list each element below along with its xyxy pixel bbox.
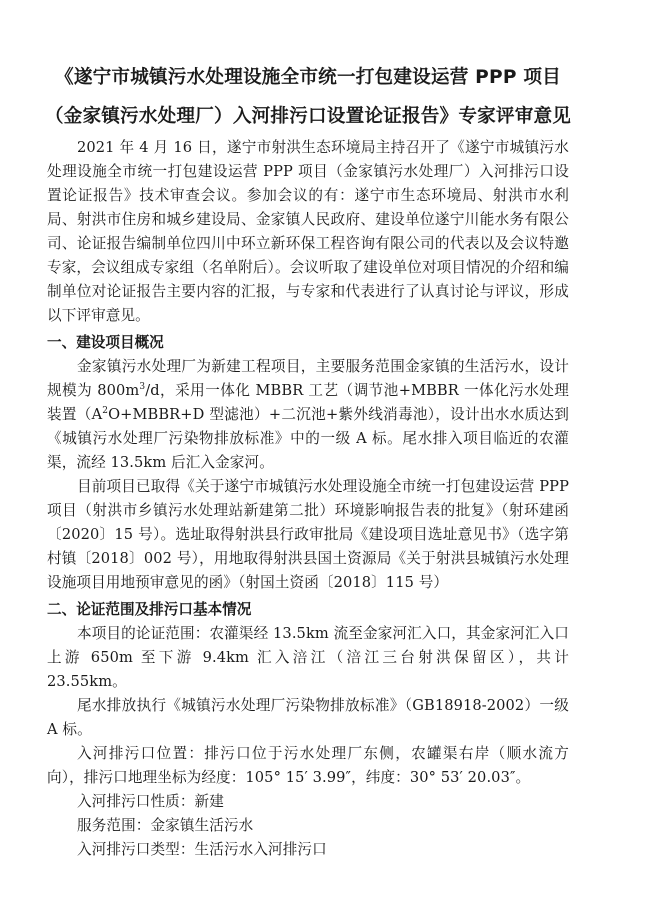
section-2-paragraph-1: 本项目的论证范围：农灌渠经 13.5km 流至金家河汇入口，其金家河汇入口上游 … xyxy=(47,622,569,694)
section-2-paragraph-4: 入河排污口性质：新建 xyxy=(47,790,569,814)
document-title: 《遂宁市城镇污水处理设施全市统一打包建设运营 PPP 项目（金家镇污水处理厂）入… xyxy=(37,58,579,136)
document-page: 《遂宁市城镇污水处理设施全市统一打包建设运营 PPP 项目（金家镇污水处理厂）入… xyxy=(47,58,569,862)
section-2-paragraph-5: 服务范围：金家镇生活污水 xyxy=(47,814,569,838)
section-2-paragraph-3: 入河排污口位置：排污口位于污水处理厂东侧，农罐渠右岸（顺水流方向），排污口地理坐… xyxy=(47,742,569,790)
section-heading-2: 二、论证范围及排污口基本情况 xyxy=(47,598,569,622)
section-2-paragraph-2: 尾水排放执行《城镇污水处理厂污染物排放标准》（GB18918-2002）一级 A… xyxy=(47,694,569,742)
section-heading-1: 一、建设项目概况 xyxy=(47,331,569,355)
section-2-paragraph-6: 入河排污口类型：生活污水入河排污口 xyxy=(47,838,569,862)
intro-paragraph: 2021 年 4 月 16 日，遂宁市射洪生态环境局主持召开了《遂宁市城镇污水处… xyxy=(47,136,569,328)
text-span: O+MBBR+D 型滤池）+二沉池+紫外线消毒池），设计出水水质达到《城镇污水处… xyxy=(47,406,569,471)
section-1-paragraph-1: 金家镇污水处理厂为新建工程项目，主要服务范围金家镇的生活污水，设计规模为 800… xyxy=(47,355,569,475)
section-1-paragraph-2: 目前项目已取得《关于遂宁市城镇污水处理设施全市统一打包建设运营 PPP 项目（射… xyxy=(47,475,569,595)
